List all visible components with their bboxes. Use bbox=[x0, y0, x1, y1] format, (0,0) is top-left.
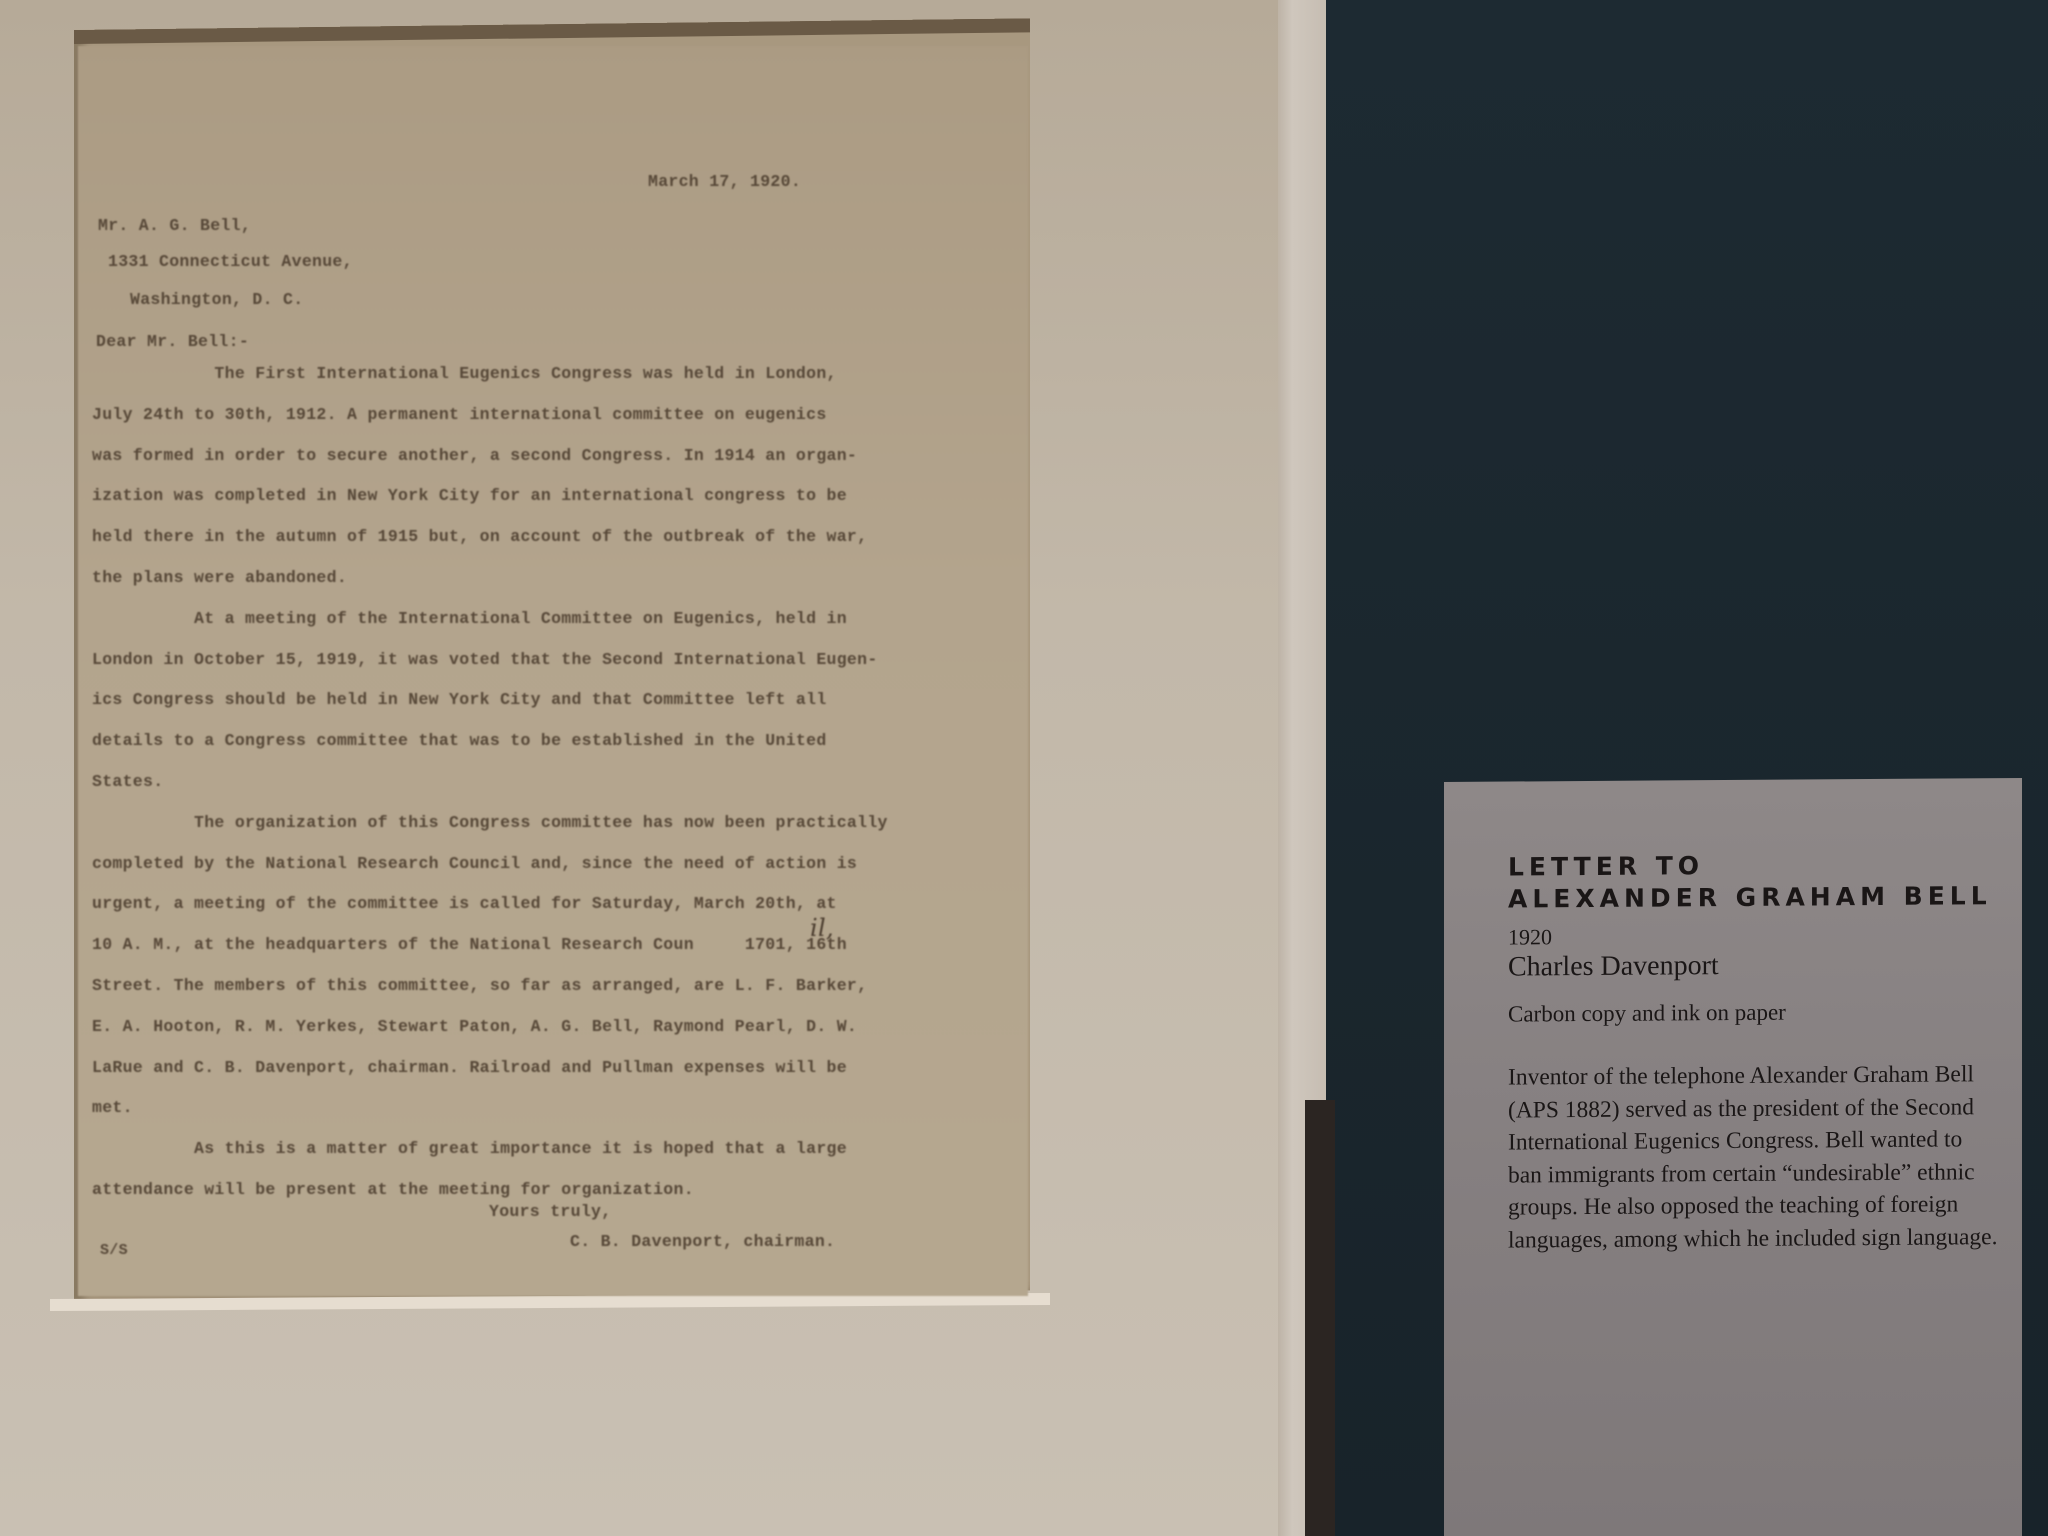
letter-line: held there in the autumn of 1915 but, on… bbox=[92, 527, 1022, 546]
label-artist: Charles Davenport bbox=[1508, 950, 1719, 983]
letter-line: London in October 15, 1919, it was voted… bbox=[92, 650, 1022, 669]
letter-line: completed by the National Research Counc… bbox=[92, 854, 1022, 873]
letter-salutation: Dear Mr. Bell:- bbox=[96, 332, 249, 351]
exhibit-label: Letter to Alexander Graham Bell 1920 Cha… bbox=[1444, 778, 2022, 1536]
letter-address-street: 1331 Connecticut Avenue, bbox=[108, 252, 353, 271]
label-title-line1: Letter to bbox=[1508, 848, 2008, 883]
label-year: 1920 bbox=[1508, 924, 1552, 950]
letter-line: States. bbox=[92, 772, 1022, 791]
letter-line: At a meeting of the International Commit… bbox=[92, 609, 1022, 628]
letter-line: details to a Congress committee that was… bbox=[92, 731, 1022, 750]
letter-line: urgent, a meeting of the committee is ca… bbox=[92, 894, 1022, 913]
letter-document: March 17, 1920. Mr. A. G. Bell, 1331 Con… bbox=[78, 46, 1028, 1296]
letter-line: The First International Eugenics Congres… bbox=[92, 364, 1022, 383]
letter-line: was formed in order to secure another, a… bbox=[92, 446, 1022, 465]
letter-line: LaRue and C. B. Davenport, chairman. Rai… bbox=[92, 1058, 1022, 1077]
letter-line: ization was completed in New York City f… bbox=[92, 486, 1022, 505]
letter-line: July 24th to 30th, 1912. A permanent int… bbox=[92, 405, 1022, 424]
letter-line: Street. The members of this committee, s… bbox=[92, 976, 1022, 995]
letter-line: E. A. Hooton, R. M. Yerkes, Stewart Pato… bbox=[92, 1017, 1022, 1036]
folio-mark: S/S bbox=[100, 1242, 128, 1259]
letter-line: As this is a matter of great importance … bbox=[92, 1139, 1022, 1158]
letter-date: March 17, 1920. bbox=[648, 172, 801, 191]
label-description: Inventor of the telephone Alexander Grah… bbox=[1508, 1058, 1998, 1256]
letter-closing: Yours truly, bbox=[489, 1202, 611, 1221]
letter-line: ics Congress should be held in New York … bbox=[92, 690, 1022, 709]
letter-line: 10 A. M., at the headquarters of the Nat… bbox=[92, 935, 1022, 954]
label-title-line2: Alexander Graham Bell bbox=[1508, 880, 2008, 915]
letter-address-name: Mr. A. G. Bell, bbox=[98, 216, 251, 235]
letter-line: attendance will be present at the meetin… bbox=[92, 1180, 1022, 1199]
letter-line: met. bbox=[92, 1098, 1022, 1117]
frame-shadow bbox=[1305, 1100, 1335, 1536]
label-title: Letter to Alexander Graham Bell bbox=[1508, 848, 2008, 915]
handwritten-correction: il, bbox=[810, 914, 834, 942]
letter-line: the plans were abandoned. bbox=[92, 568, 1022, 587]
letter-line: The organization of this Congress commit… bbox=[92, 813, 1022, 832]
label-medium: Carbon copy and ink on paper bbox=[1508, 1000, 1786, 1028]
letter-address-city: Washington, D. C. bbox=[130, 290, 303, 309]
letter-signature: C. B. Davenport, chairman. bbox=[570, 1232, 835, 1251]
